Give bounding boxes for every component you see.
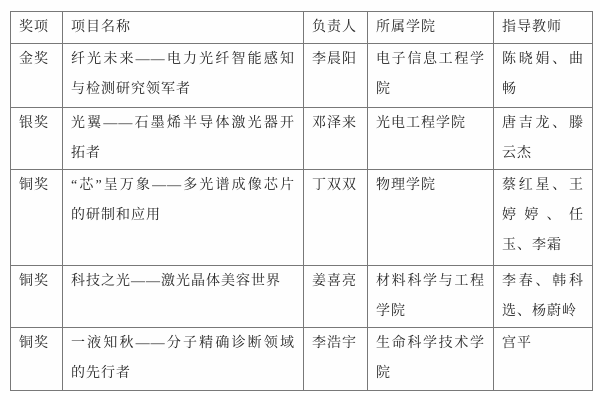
column-header-college: 所属学院 (368, 12, 494, 44)
cell-advisor: 陈晓娟、曲畅 (494, 44, 593, 108)
cell-project: 纤光未来——电力光纤智能感知与检测研究领军者 (63, 44, 304, 108)
cell-award: 金奖 (11, 44, 63, 108)
cell-college: 生命科学技术学院 (368, 328, 494, 391)
cell-project: 一液知秋——分子精确诊断领域的先行者 (63, 328, 304, 391)
table-row: 铜奖 科技之光——激光晶体美容世界 姜喜亮 材料科学与工程学院 李春、韩科选、杨… (11, 266, 593, 328)
cell-leader: 李晨阳 (304, 44, 368, 108)
cell-leader: 李浩宇 (304, 328, 368, 391)
awards-table: 奖项 项目名称 负责人 所属学院 指导教师 金奖 纤光未来——电力光纤智能感知与… (10, 11, 593, 391)
column-header-advisor: 指导教师 (494, 12, 593, 44)
table-row: 银奖 光翼——石墨烯半导体激光器开拓者 邓泽来 光电工程学院 唐吉龙、滕云杰 (11, 108, 593, 170)
column-header-award: 奖项 (11, 12, 63, 44)
cell-award: 铜奖 (11, 328, 63, 391)
column-header-leader: 负责人 (304, 12, 368, 44)
table-row: 金奖 纤光未来——电力光纤智能感知与检测研究领军者 李晨阳 电子信息工程学院 陈… (11, 44, 593, 108)
cell-leader: 姜喜亮 (304, 266, 368, 328)
table-row: 铜奖 一液知秋——分子精确诊断领域的先行者 李浩宇 生命科学技术学院 宫平 (11, 328, 593, 391)
table-header-row: 奖项 项目名称 负责人 所属学院 指导教师 (11, 12, 593, 44)
cell-advisor: 宫平 (494, 328, 593, 391)
cell-project: “芯”呈万象——多光谱成像芯片的研制和应用 (63, 170, 304, 266)
cell-award: 铜奖 (11, 266, 63, 328)
cell-college: 物理学院 (368, 170, 494, 266)
cell-leader: 邓泽来 (304, 108, 368, 170)
cell-award: 铜奖 (11, 170, 63, 266)
cell-college: 光电工程学院 (368, 108, 494, 170)
cell-advisor: 唐吉龙、滕云杰 (494, 108, 593, 170)
cell-college: 材料科学与工程学院 (368, 266, 494, 328)
table-row: 铜奖 “芯”呈万象——多光谱成像芯片的研制和应用 丁双双 物理学院 蔡红星、王婷… (11, 170, 593, 266)
cell-award: 银奖 (11, 108, 63, 170)
cell-college: 电子信息工程学院 (368, 44, 494, 108)
page: 奖项 项目名称 负责人 所属学院 指导教师 金奖 纤光未来——电力光纤智能感知与… (0, 0, 600, 400)
cell-leader: 丁双双 (304, 170, 368, 266)
cell-project: 科技之光——激光晶体美容世界 (63, 266, 304, 328)
cell-advisor: 蔡红星、王婷婷、任玉、李霜 (494, 170, 593, 266)
column-header-project: 项目名称 (63, 12, 304, 44)
cell-advisor: 李春、韩科选、杨蔚岭 (494, 266, 593, 328)
cell-project: 光翼——石墨烯半导体激光器开拓者 (63, 108, 304, 170)
